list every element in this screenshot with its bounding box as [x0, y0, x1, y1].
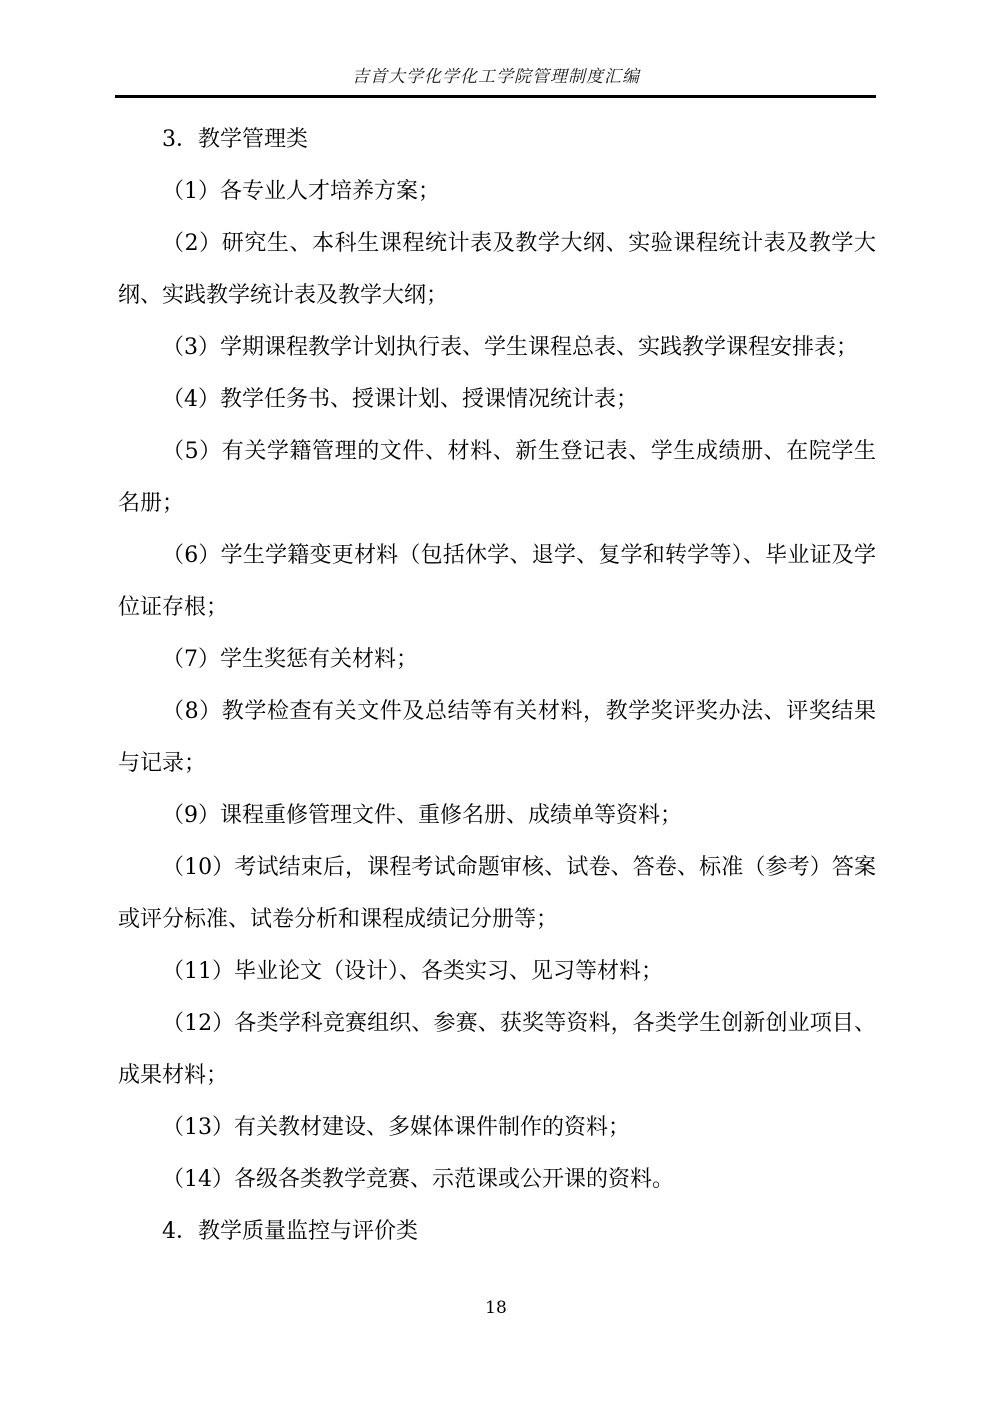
archive-item-10: （10）考试结束后，课程考试命题审核、试卷、答卷、标准（参考）答案或评分标准、试… — [118, 842, 876, 946]
archive-item-5: （5）有关学籍管理的文件、材料、新生登记表、学生成绩册、在院学生名册； — [118, 426, 876, 530]
page-header-title: 吉首大学化学化工学院管理制度汇编 — [0, 60, 992, 94]
archive-item-13: （13）有关教材建设、多媒体课件制作的资料； — [118, 1102, 876, 1154]
section-3-heading: 3．教学管理类 — [118, 114, 876, 166]
archive-item-2: （2）研究生、本科生课程统计表及教学大纲、实验课程统计表及教学大纲、实践教学统计… — [118, 218, 876, 322]
archive-item-12: （12）各类学科竞赛组织、参赛、获奖等资料，各类学生创新创业项目、成果材料； — [118, 998, 876, 1102]
section-4-heading: 4．教学质量监控与评价类 — [118, 1206, 876, 1258]
archive-item-9: （9）课程重修管理文件、重修名册、成绩单等资料； — [118, 790, 876, 842]
archive-item-3: （3）学期课程教学计划执行表、学生课程总表、实践教学课程安排表； — [118, 322, 876, 374]
archive-item-11: （11）毕业论文（设计）、各类实习、见习等材料； — [118, 946, 876, 998]
archive-item-6: （6）学生学籍变更材料（包括休学、退学、复学和转学等）、毕业证及学位证存根； — [118, 530, 876, 634]
archive-item-8: （8）教学检查有关文件及总结等有关材料，教学奖评奖办法、评奖结果与记录； — [118, 686, 876, 790]
archive-item-1: （1）各专业人才培养方案； — [118, 166, 876, 218]
archive-item-7: （7）学生奖惩有关材料； — [118, 634, 876, 686]
page-number: 18 — [0, 1293, 992, 1323]
document-page: 吉首大学化学化工学院管理制度汇编 3．教学管理类 （1）各专业人才培养方案； （… — [0, 0, 992, 1403]
archive-item-14: （14）各级各类教学竞赛、示范课或公开课的资料。 — [118, 1154, 876, 1206]
document-body: 3．教学管理类 （1）各专业人才培养方案； （2）研究生、本科生课程统计表及教学… — [118, 114, 876, 1258]
header-rule — [115, 95, 876, 98]
archive-item-4: （4）教学任务书、授课计划、授课情况统计表； — [118, 374, 876, 426]
